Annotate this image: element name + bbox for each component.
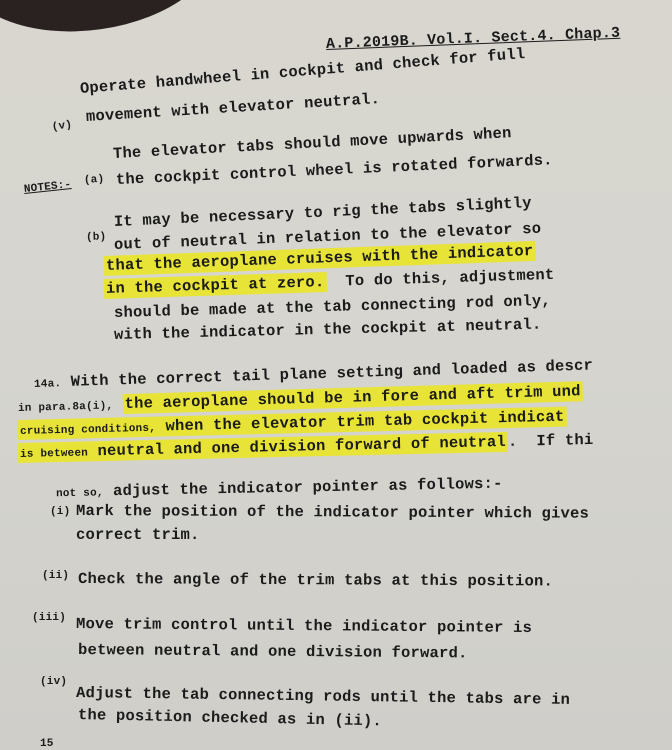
notes-label: NOTES:- [23, 179, 72, 196]
line-rest: neutral and one division forward of neut… [88, 433, 506, 460]
para-14a-line-4-rest: . If thi [508, 431, 594, 451]
highlighted-text: in the cockpit at zero. [104, 272, 327, 299]
line-rest: adjust the indicator pointer as follows:… [103, 475, 502, 501]
line-prefix: is between [20, 447, 88, 461]
note-a-marker: (a) [84, 174, 105, 187]
step-iv-marker: (iv) [40, 676, 67, 688]
step-i-marker: (i) [50, 506, 70, 518]
step-iii-line-1: Move trim control until the indicator po… [76, 615, 532, 637]
step-ii-line-1: Check the angle of the trim tabs at this… [78, 570, 553, 590]
item-v-line-1: Operate handwheel in cockpit and check f… [79, 45, 526, 98]
step-iv-line-2: the position checked as in (ii). [78, 706, 382, 730]
step-iii-line-2: between neutral and one division forward… [78, 641, 468, 662]
next-paragraph-number: 15 [40, 738, 54, 750]
document-page: A.P.2019B. Vol.I. Sect.4. Chap.3 (v) Ope… [0, 0, 672, 750]
line-prefix: cruising conditions, [20, 423, 156, 438]
step-ii-marker: (ii) [42, 570, 69, 582]
note-b-line-4-rest: To do this, adjustment [326, 266, 554, 291]
note-b-marker: (b) [86, 231, 107, 244]
para-reference: in para.8a(i), [18, 400, 114, 415]
step-iii-marker: (iii) [32, 612, 66, 624]
line-prefix: not so, [56, 487, 104, 500]
item-v-line-2: movement with elevator neutral. [85, 90, 380, 126]
para-number: 14a. [34, 378, 62, 391]
step-i-line-1: Mark the position of the indicator point… [76, 502, 589, 523]
page-corner-shadow [0, 0, 229, 47]
step-iv-line-1: Adjust the tab connecting rods until the… [76, 684, 570, 709]
item-v-marker: (v) [51, 119, 73, 134]
step-i-line-2: correct trim. [76, 526, 200, 544]
